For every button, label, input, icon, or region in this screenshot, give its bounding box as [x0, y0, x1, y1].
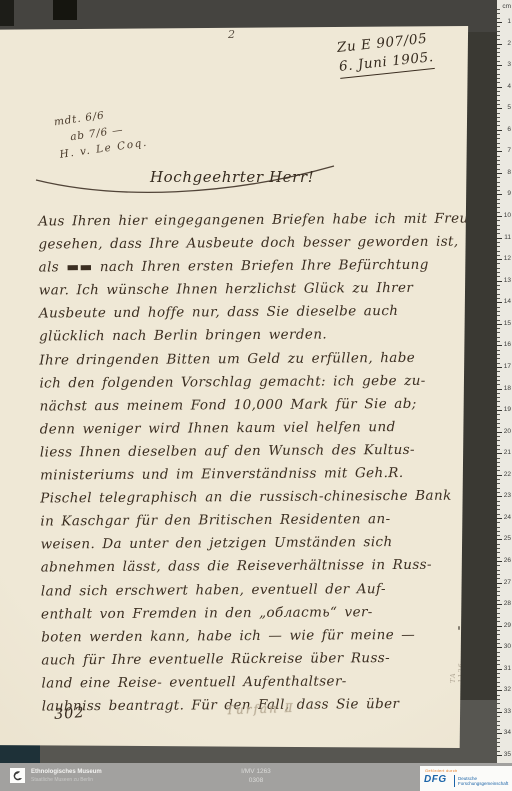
ruler-tick-minor	[497, 570, 500, 571]
ruler-tick-minor	[497, 401, 500, 402]
ruler-tick	[497, 410, 502, 411]
ruler-tick-minor	[497, 35, 500, 36]
ruler-tick-minor	[497, 18, 500, 19]
ruler-tick	[497, 647, 502, 648]
ruler-tick	[497, 561, 502, 562]
letter-line: war. Ich wünsche Ihnen herzlichst Glück …	[39, 280, 469, 306]
scan-viewport: 2 Zu E 907/05 6. Juni 1905. mdt. 6/6ab 7…	[0, 0, 512, 791]
ruler-tick-minor	[497, 186, 500, 187]
ruler-tick-minor	[497, 341, 500, 342]
ruler-number: 24	[504, 514, 511, 522]
ruler-number: 15	[504, 320, 511, 328]
ruler-tick-minor	[497, 337, 500, 338]
ruler-tick	[497, 475, 502, 476]
ruler-tick-minor	[497, 164, 500, 165]
ruler-tick-minor	[497, 263, 500, 264]
ruler-tick-minor	[497, 716, 500, 717]
ruler-tick-minor	[497, 320, 500, 321]
letter-line: liess Ihnen dieselben auf den Wunsch des…	[40, 441, 470, 467]
ruler-tick	[497, 259, 502, 260]
ruler-tick-minor	[497, 591, 500, 592]
ruler-tick-minor	[497, 630, 500, 631]
letter-page: 2 Zu E 907/05 6. Juni 1905. mdt. 6/6ab 7…	[0, 26, 470, 748]
ruler-number: 17	[504, 363, 511, 371]
ruler-tick-minor	[497, 298, 500, 299]
ruler-tick	[497, 87, 502, 88]
letter-body: Aus Ihren hier eingegangenen Briefen hab…	[38, 211, 472, 722]
ruler-tick	[497, 755, 502, 756]
ruler-tick-minor	[497, 121, 500, 122]
ruler-number: 23	[504, 492, 511, 500]
dfg-logo: Gefördert durch DFG Deutsche Forschungsg…	[420, 766, 512, 791]
ruler-tick	[497, 733, 502, 734]
folio-number: 302	[53, 705, 85, 723]
ruler-tick-minor	[497, 268, 500, 269]
ruler-tick-minor	[497, 78, 500, 79]
ruler-tick	[497, 324, 502, 325]
ruler-tick-minor	[497, 74, 500, 75]
letter-line: land eine Reise- eventuell Aufenthaltser…	[41, 672, 471, 698]
ruler-tick-minor	[497, 492, 500, 493]
ruler-tick-minor	[497, 660, 500, 661]
ruler-tick-minor	[497, 91, 500, 92]
letter-line: in Kaschgar für den Britischen Residente…	[40, 511, 470, 537]
letter-line: gesehen, dass Ihre Ausbeute doch besser …	[38, 234, 468, 260]
ruler-number: 35	[504, 751, 511, 759]
ruler-tick-minor	[497, 328, 500, 329]
ruler-tick-minor	[497, 177, 500, 178]
footer-bar: Ethnologisches Museum Staatliche Museen …	[0, 763, 512, 791]
ruler-tick-minor	[497, 565, 500, 566]
ruler-tick-minor	[497, 251, 500, 252]
ruler-number: 21	[504, 449, 511, 457]
ruler-tick	[497, 22, 502, 23]
ruler-tick-minor	[497, 246, 500, 247]
ruler-tick	[497, 281, 502, 282]
ruler-tick-minor	[497, 419, 500, 420]
ruler-tick-minor	[497, 527, 500, 528]
ruler-number: 27	[504, 579, 511, 587]
ruler-tick-minor	[497, 751, 500, 752]
letter-line: Ausbeute und hoffe nur, dass Sie dieselb…	[39, 303, 469, 329]
ruler-tick-minor	[497, 466, 500, 467]
ruler-tick	[497, 604, 502, 605]
ruler-tick-minor	[497, 31, 500, 32]
ruler-tick-minor	[497, 61, 500, 62]
ruler-tick-minor	[497, 708, 500, 709]
ruler-tick-minor	[497, 380, 500, 381]
ruler-tick-minor	[497, 501, 500, 502]
ruler-number: 5	[507, 104, 511, 112]
ruler-tick-minor	[497, 376, 500, 377]
ruler-number: 29	[504, 622, 511, 630]
ruler-number: 16	[504, 341, 511, 349]
ruler-tick	[497, 173, 502, 174]
ruler-tick-minor	[497, 445, 500, 446]
ruler-tick	[497, 108, 502, 109]
ruler-tick-minor	[497, 82, 500, 83]
ruler-tick-minor	[497, 100, 500, 101]
ruler-tick-minor	[497, 557, 500, 558]
ruler-number: 8	[507, 169, 511, 177]
ruler-tick-minor	[497, 652, 500, 653]
ruler-tick-minor	[497, 699, 500, 700]
ruler-tick-minor	[497, 686, 500, 687]
ruler-number: 32	[504, 686, 511, 694]
ruler-tick-minor	[497, 182, 500, 183]
ruler-tick-minor	[497, 458, 500, 459]
funding-note: Gefördert durch	[425, 768, 458, 773]
registry-note: Zu E 907/05 6. Juni 1905.	[336, 29, 435, 79]
ruler-tick-minor	[497, 509, 500, 510]
ruler-tick-minor	[497, 574, 500, 575]
ink-flourish-line	[28, 156, 348, 204]
ruler-tick-minor	[497, 229, 500, 230]
ruler-tick-minor	[497, 39, 500, 40]
letter-line: land sich erschwert haben, eventuell der…	[41, 580, 471, 606]
ruler-number: 6	[507, 126, 511, 134]
ruler-tick-minor	[497, 531, 500, 532]
ruler-number: 34	[504, 729, 511, 737]
ruler-tick-minor	[497, 621, 500, 622]
ruler-tick-minor	[497, 436, 500, 437]
ruler-tick-minor	[497, 147, 500, 148]
ruler-tick-minor	[497, 462, 500, 463]
ruler-number: 26	[504, 557, 511, 565]
binding-corner	[0, 0, 14, 26]
ruler-tick	[497, 583, 502, 584]
ruler-number: 33	[504, 708, 511, 716]
ruler-tick	[497, 216, 502, 217]
ruler-tick-minor	[497, 673, 500, 674]
ruler-tick-minor	[497, 169, 500, 170]
ruler-tick-minor	[497, 639, 500, 640]
ruler-tick	[497, 65, 502, 66]
ruler-number: 4	[507, 83, 511, 91]
letter-line: denn weniger wird Ihnen kaum viel helfen…	[40, 418, 470, 444]
dfg-divider	[454, 775, 455, 787]
ruler-tick-minor	[497, 440, 500, 441]
ruler-tick-minor	[497, 311, 500, 312]
ruler-tick-minor	[497, 125, 500, 126]
ruler-tick-minor	[497, 384, 500, 385]
ruler-tick-minor	[497, 242, 500, 243]
ruler-tick-minor	[497, 350, 500, 351]
ruler-number: 10	[504, 212, 511, 220]
letter-line: als ▬▬ nach Ihren ersten Briefen Ihre Be…	[39, 257, 469, 283]
dfg-name-line2: Forschungsgemeinschaft	[458, 781, 508, 786]
ruler-tick-minor	[497, 514, 500, 515]
ruler-tick-minor	[497, 9, 500, 10]
cm-ruler: cm12345678910111213141516171819202122232…	[497, 0, 512, 764]
letter-line: abnehmen lässt, dass die Reiseverhältnis…	[41, 557, 471, 583]
letter-line: ich den folgenden Vorschlag gemacht: ich…	[39, 372, 469, 398]
ruler-tick-minor	[497, 505, 500, 506]
ruler-tick-minor	[497, 156, 500, 157]
ruler-tick-minor	[497, 315, 500, 316]
ruler-tick-minor	[497, 729, 500, 730]
ruler-tick-minor	[497, 595, 500, 596]
ruler-tick-minor	[497, 617, 500, 618]
ruler-tick	[497, 669, 502, 670]
ruler-tick-minor	[497, 423, 500, 424]
ruler-unit-label: cm	[502, 3, 511, 10]
ruler-number: 7	[507, 147, 511, 155]
ruler-tick-minor	[497, 143, 500, 144]
ruler-tick-minor	[497, 207, 500, 208]
ruler-tick-minor	[497, 95, 500, 96]
ruler-number: 28	[504, 600, 511, 608]
ruler-tick-minor	[497, 56, 500, 57]
ruler-tick-minor	[497, 721, 500, 722]
ruler-tick-minor	[497, 587, 500, 588]
ruler-tick-minor	[497, 393, 500, 394]
ruler-tick-minor	[497, 294, 500, 295]
letter-line: nächst aus meinem Fond 10,000 Mark für S…	[40, 395, 470, 421]
ruler-tick-minor	[497, 220, 500, 221]
ruler-number: 20	[504, 428, 511, 436]
letter-line: auch für Ihre eventuelle Rückreise über …	[41, 649, 471, 675]
ruler-number: 13	[504, 277, 511, 285]
ruler-tick-minor	[497, 414, 500, 415]
ruler-tick-minor	[497, 134, 500, 135]
ink-speck	[458, 626, 460, 630]
ruler-tick-minor	[497, 363, 500, 364]
ruler-tick-minor	[497, 48, 500, 49]
ruler-number: 9	[507, 190, 511, 198]
ruler-tick-minor	[497, 199, 500, 200]
ruler-tick-minor	[497, 479, 500, 480]
office-annotations: mdt. 6/6ab 7/6 —H. v. Le Coq.	[53, 102, 149, 164]
ruler-tick-minor	[497, 544, 500, 545]
ruler-number: 19	[504, 406, 511, 414]
ruler-tick	[497, 194, 502, 195]
ruler-tick-minor	[497, 272, 500, 273]
ruler-tick-minor	[497, 13, 500, 14]
ruler-tick	[497, 690, 502, 691]
ruler-tick-minor	[497, 522, 500, 523]
ruler-number: 11	[504, 234, 511, 242]
ruler-tick-minor	[497, 117, 500, 118]
ruler-tick-minor	[497, 608, 500, 609]
ruler-number: 14	[504, 298, 511, 306]
letter-line: enthalt von Fremden in den „область“ ver…	[41, 603, 471, 629]
ruler-tick-minor	[497, 703, 500, 704]
ruler-tick-minor	[497, 397, 500, 398]
ruler-tick-minor	[497, 354, 500, 355]
ruler-number: 1	[507, 18, 511, 26]
letter-line: ministeriums und im Einverständniss mit …	[40, 465, 470, 491]
ruler-tick	[497, 345, 502, 346]
ruler-tick-minor	[497, 548, 500, 549]
ruler-number: 12	[504, 255, 511, 263]
ruler-tick-minor	[497, 113, 500, 114]
ruler-tick-minor	[497, 449, 500, 450]
ruler-tick-minor	[497, 535, 500, 536]
ruler-tick-minor	[497, 746, 500, 747]
ruler-tick-minor	[497, 307, 500, 308]
ruler-tick-minor	[497, 276, 500, 277]
ruler-tick-minor	[497, 160, 500, 161]
ruler-tick-minor	[497, 682, 500, 683]
ruler-tick	[497, 626, 502, 627]
ruler-tick-minor	[497, 470, 500, 471]
ruler-tick-minor	[497, 138, 500, 139]
ruler-tick	[497, 367, 502, 368]
margin-note-vertical: TA 1126	[449, 657, 465, 683]
ruler-tick-minor	[497, 725, 500, 726]
dfg-acronym: DFG	[424, 774, 447, 785]
ruler-tick-minor	[497, 69, 500, 70]
ruler-number: 2	[507, 40, 511, 48]
ruler-tick-minor	[497, 677, 500, 678]
ruler-tick-minor	[497, 488, 500, 489]
ruler-tick	[497, 238, 502, 239]
ruler-tick-minor	[497, 483, 500, 484]
ruler-tick-minor	[497, 289, 500, 290]
ruler-number: 3	[507, 61, 511, 69]
ruler-tick-minor	[497, 643, 500, 644]
letter-line: Aus Ihren hier eingegangenen Briefen hab…	[38, 211, 468, 237]
ruler-number: 30	[504, 643, 511, 651]
ruler-tick-minor	[497, 233, 500, 234]
ruler-tick-minor	[497, 552, 500, 553]
ruler-number: 25	[504, 535, 511, 543]
sheet-number: 2	[228, 28, 235, 41]
ruler-tick-minor	[497, 664, 500, 665]
ruler-tick-minor	[497, 285, 500, 286]
ruler-tick-minor	[497, 225, 500, 226]
ruler-tick-minor	[497, 332, 500, 333]
ruler-tick	[497, 453, 502, 454]
ruler-tick-minor	[497, 738, 500, 739]
letter-line: weisen. Da unter den jetzigen Umständen …	[40, 534, 470, 560]
ruler-tick-minor	[497, 358, 500, 359]
ruler-number: 22	[504, 471, 511, 479]
ruler-tick-minor	[497, 406, 500, 407]
ruler-tick-minor	[497, 190, 500, 191]
ruler-tick-minor	[497, 427, 500, 428]
ruler-tick-minor	[497, 104, 500, 105]
letter-line: Ihre dringenden Bitten um Geld zu erfüll…	[39, 349, 469, 375]
letter-line: Pischel telegraphisch an die russisch-ch…	[40, 488, 470, 514]
ruler-tick	[497, 389, 502, 390]
ruler-tick-minor	[497, 742, 500, 743]
ruler-tick	[497, 44, 502, 45]
ruler-tick-minor	[497, 203, 500, 204]
ruler-tick	[497, 302, 502, 303]
ruler-number: 18	[504, 385, 511, 393]
ruler-tick	[497, 712, 502, 713]
ruler-tick	[497, 518, 502, 519]
ruler-tick-minor	[497, 656, 500, 657]
ruler-tick-minor	[497, 634, 500, 635]
pencil-note: Turfan Ⅱ	[226, 701, 295, 717]
ruler-tick	[497, 539, 502, 540]
ruler-tick	[497, 130, 502, 131]
ruler-number: 31	[504, 665, 511, 673]
ruler-tick-minor	[497, 695, 500, 696]
ruler-tick-minor	[497, 578, 500, 579]
ruler-tick-minor	[497, 600, 500, 601]
letter-line: boten werden kann, habe ich — wie für me…	[41, 626, 471, 652]
binding-notch	[53, 0, 77, 20]
ruler-tick	[497, 432, 502, 433]
ruler-tick-minor	[497, 613, 500, 614]
ruler-tick	[497, 151, 502, 152]
ruler-tick-minor	[497, 26, 500, 27]
letter-line: glücklich nach Berlin bringen werden.	[39, 326, 469, 352]
ruler-tick-minor	[497, 255, 500, 256]
ruler-tick-minor	[497, 212, 500, 213]
ruler-tick-minor	[497, 371, 500, 372]
ruler-tick-minor	[497, 52, 500, 53]
ruler-tick	[497, 496, 502, 497]
